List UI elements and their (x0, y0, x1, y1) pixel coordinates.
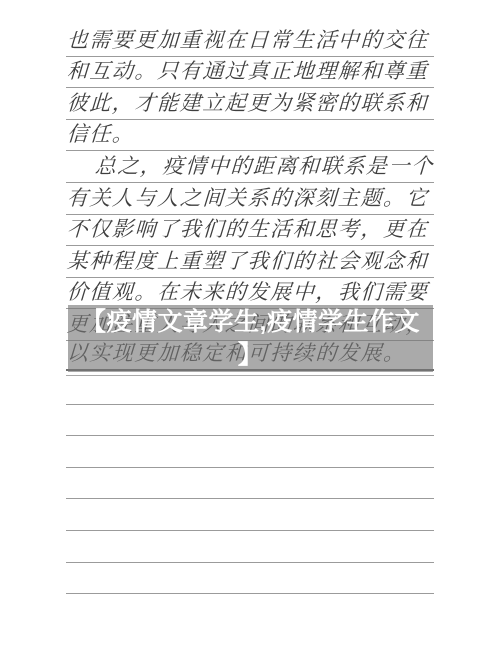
caption-watermark-overlay: 【疫情文章学生,疫情学生作文 】 (68, 305, 433, 372)
empty-ruled-line (66, 468, 434, 500)
handwritten-text: 有关人与人之间关系的深刻主题。它 (66, 186, 429, 214)
essay-line: 和互动。只有通过真正地理解和尊重 (66, 57, 434, 89)
handwritten-text: 彼此，才能建立起更为紧密的联系和 (66, 91, 429, 119)
handwritten-text: 信任。 (66, 122, 135, 150)
handwritten-text: 也需要更加重视在日常生活中的交往 (66, 28, 429, 56)
essay-line: 某种程度上重塑了我们的社会观念和 (66, 246, 434, 278)
empty-ruled-line (66, 531, 434, 563)
empty-ruled-line (66, 405, 434, 437)
essay-line: 也需要更加重视在日常生活中的交往 (66, 25, 434, 57)
handwritten-text: 总之，疫情中的距离和联系是一个 (66, 154, 434, 182)
empty-ruled-line (66, 499, 434, 531)
essay-line: 有关人与人之间关系的深刻主题。它 (66, 183, 434, 215)
caption-text-line: 】 (238, 339, 264, 372)
essay-line: 信任。 (66, 120, 434, 152)
handwritten-text: 某种程度上重塑了我们的社会观念和 (66, 249, 429, 277)
empty-ruled-line (66, 376, 434, 405)
essay-line: 不仅影响了我们的生活和思考，更在 (66, 215, 434, 247)
handwritten-text: 不仅影响了我们的生活和思考，更在 (66, 217, 429, 245)
scanned-essay-page: 也需要更加重视在日常生活中的交往 和互动。只有通过真正地理解和尊重 彼此，才能建… (0, 0, 500, 666)
empty-ruled-line (66, 563, 434, 595)
empty-ruled-line (66, 436, 434, 468)
handwritten-text: 和互动。只有通过真正地理解和尊重 (66, 59, 429, 87)
essay-line: 总之，疫情中的距离和联系是一个 (66, 151, 434, 183)
caption-text-line: 【疫情文章学生,疫情学生作文 (81, 306, 420, 339)
essay-line: 彼此，才能建立起更为紧密的联系和 (66, 88, 434, 120)
